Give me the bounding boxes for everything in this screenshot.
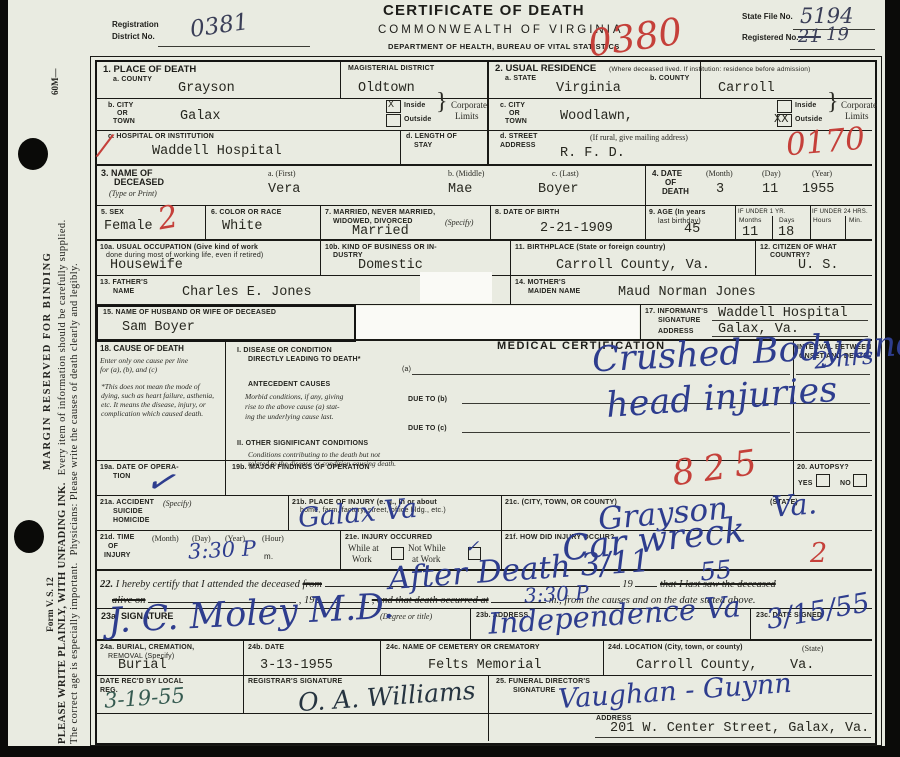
accident-label-3: HOMICIDE <box>113 517 150 525</box>
state-label: a. STATE <box>505 75 536 83</box>
autopsy-yes-checkbox <box>816 474 830 487</box>
state-file-label: State File No. <box>742 12 793 21</box>
while-at-work-checkbox <box>391 547 404 560</box>
burial-date-value: 3-13-1955 <box>260 658 333 673</box>
conditions-note-1: Conditions contributing to the death but… <box>248 450 380 459</box>
injury-month-label: (Month) <box>152 534 179 543</box>
how-injury-red-code: 2 <box>810 538 827 569</box>
date-of-operation-label-2: TION <box>113 473 131 481</box>
cause-note-1b: for (a), (b), and (c) <box>100 365 220 374</box>
brace-glyph: } <box>436 98 448 107</box>
red-code-0170: 0170 <box>785 121 867 164</box>
date-of-death-label-3: DEATH <box>662 187 689 196</box>
margin-print-code: 60M— <box>50 69 60 96</box>
margin-instruction-1b: Every item of information should be care… <box>57 219 68 475</box>
inside-checkbox-mark: X <box>388 100 394 111</box>
time-m-suffix: m. <box>264 553 273 561</box>
father-label-1: 13. FATHER'S <box>100 279 148 287</box>
residence-city-value: Woodlawn, <box>560 109 633 124</box>
other-conditions-label: II. OTHER SIGNIFICANT CONDITIONS <box>237 440 368 448</box>
certify-text-1: I hereby certify that I attended the dec… <box>116 579 300 590</box>
whiteout-patch-small <box>420 272 492 303</box>
registered-number-struck: 21 <box>798 26 821 47</box>
accident-label-1: 21a. ACCIDENT <box>100 499 154 507</box>
margin-instruction-2a: The correct age is especially important. <box>69 562 80 744</box>
death-month-label: (Month) <box>706 169 733 178</box>
street-address-label-2: ADDRESS <box>500 142 536 150</box>
hospital-label: c. HOSPITAL OR INSTITUTION <box>108 133 214 141</box>
place-of-death-title: 1. PLACE OF DEATH <box>103 65 196 74</box>
last-name-label: c. (Last) <box>552 169 579 178</box>
date-of-death-label-2: OF <box>665 178 676 187</box>
outside-checkbox <box>386 114 401 127</box>
residence-city-label-3: TOWN <box>505 118 527 126</box>
last-name-value: Boyer <box>538 182 579 197</box>
residence-inside-label: Inside <box>795 102 816 110</box>
city-label-2: OR <box>117 110 128 118</box>
certify-strike-from: from <box>303 579 322 590</box>
city-label-3: TOWN <box>113 118 135 126</box>
informant-label-1: 17. INFORMANT'S <box>645 308 708 316</box>
burial-value: Burial <box>118 658 167 673</box>
time-of-injury-label-2: OF <box>108 543 118 551</box>
autopsy-no-checkbox <box>853 474 867 487</box>
certificate-title: CERTIFICATE OF DEATH <box>383 6 585 15</box>
date-of-birth-label: 8. DATE OF BIRTH <box>495 209 560 217</box>
usual-residence-subtitle: (Where deceased lived. If institution: r… <box>609 66 810 74</box>
registration-label-1: Registration <box>112 20 159 29</box>
residence-city-label-2: OR <box>509 110 520 118</box>
days-value: 18 <box>778 225 794 240</box>
hours-label: Hours <box>813 217 831 225</box>
margin-form-number: Form V. S. 12 <box>46 577 56 632</box>
certify-handwriting-year: 55 <box>699 554 734 586</box>
if-under-24hrs-label: IF UNDER 24 HRS. <box>812 208 868 216</box>
length-of-stay-label-1: d. LENGTH OF <box>406 133 457 141</box>
location-state-value: Va. <box>790 658 814 673</box>
margin-instruction-2b: Physicians: Please write the causes of d… <box>69 263 80 555</box>
disease-label-2: DIRECTLY LEADING TO DEATH* <box>248 356 361 364</box>
residence-county-value: Carroll <box>718 81 775 96</box>
burial-date-label: 24b. DATE <box>248 644 284 652</box>
mother-label-2: MAIDEN NAME <box>528 288 580 296</box>
mother-label-1: 14. MOTHER'S <box>515 279 566 287</box>
punch-hole-top <box>18 138 48 170</box>
occupation-value: Housewife <box>110 258 183 273</box>
death-day-label: (Day) <box>762 169 781 178</box>
if-under-1yr-label: IF UNDER 1 YR. <box>738 208 786 216</box>
usual-residence-title: 2. USUAL RESIDENCE <box>495 64 596 73</box>
street-address-value: R. F. D. <box>560 146 625 161</box>
punch-hole-bottom <box>14 520 44 553</box>
inside-label: Inside <box>404 102 425 110</box>
cause-note-2: *This does not mean the mode of dying, s… <box>101 382 219 418</box>
residence-county-label: b. COUNTY <box>650 75 690 83</box>
husband-wife-label: 15. NAME OF HUSBAND OR WIFE OF DECEASED <box>103 309 276 317</box>
magisterial-district-label: MAGISTERIAL DISTRICT <box>348 65 434 73</box>
birthplace-value: Carroll County, Va. <box>556 258 710 273</box>
injury-state-value: Va. <box>771 486 819 524</box>
sex-label: 5. SEX <box>101 209 124 217</box>
margin-instruction-1: PLEASE WRITE PLAINLY, WITH UNFADING INK.… <box>57 219 68 744</box>
business-label-1: 10b. KIND OF BUSINESS OR IN- <box>325 244 437 252</box>
mother-value: Maud Norman Jones <box>618 285 756 300</box>
months-label: Months <box>739 217 762 225</box>
length-of-stay-label-2: STAY <box>414 142 432 150</box>
funeral-address-value: 201 W. Center Street, Galax, Va. <box>610 721 869 736</box>
location-state-label: (State) <box>802 644 823 653</box>
registered-number: 19 <box>826 24 849 45</box>
cemetery-label: 24c. NAME OF CEMETERY OR CREMATORY <box>386 644 540 652</box>
autopsy-no-label: NO <box>840 480 851 488</box>
time-of-injury-label-1: 21d. TIME <box>100 534 134 542</box>
disease-label-1: I. DISEASE OR CONDITION <box>237 347 332 355</box>
residence-outside-mark: XX <box>774 112 788 126</box>
residence-outside-label: Outside <box>795 116 822 124</box>
business-value: Domestic <box>358 258 423 273</box>
state-value: Virginia <box>556 81 621 96</box>
father-label-2: NAME <box>113 288 134 296</box>
outside-label: Outside <box>404 116 431 124</box>
while-at-work-label-1: While at <box>348 544 379 553</box>
county-value: Grayson <box>178 81 235 96</box>
days-label: Days <box>779 217 795 225</box>
rural-note: (If rural, give mailing address) <box>590 133 688 142</box>
occupation-label-1: 10a. USUAL OCCUPATION (Give kind of work <box>100 244 258 252</box>
registrar-signature-label: REGISTRAR'S SIGNATURE <box>248 678 342 686</box>
age-label-1: 9. AGE (In years <box>649 209 706 217</box>
marital-value: Married <box>352 224 409 239</box>
certify-number: 22. <box>100 579 113 590</box>
major-findings-label: 19b. MAJOR FINDINGS OF OPERATION <box>232 464 370 472</box>
morbid-note-2: rise to the above cause (a) stat- <box>245 402 340 411</box>
time-of-injury-label-3: INJURY <box>104 552 131 560</box>
residence-brace-glyph: } <box>827 98 839 107</box>
middle-name-label: b. (Middle) <box>448 169 484 178</box>
department-line: DEPARTMENT OF HEALTH, BUREAU OF VITAL ST… <box>388 42 620 51</box>
due-to-c-label: DUE TO (c) <box>408 425 447 433</box>
death-year-value: 1955 <box>802 182 834 197</box>
death-year-label: (Year) <box>812 169 832 178</box>
corporate-label: Corporate <box>451 101 487 110</box>
marital-label-1: 7. MARRIED, NEVER MARRIED, <box>325 209 435 217</box>
accident-label-2: SUICIDE <box>113 508 143 516</box>
death-month-value: 3 <box>716 182 724 197</box>
city-value: Galax <box>180 109 221 124</box>
husband-wife-value: Sam Boyer <box>122 320 195 335</box>
residence-city-label-1: c. CITY <box>500 102 525 110</box>
death-day-value: 11 <box>762 182 778 197</box>
limits-label: Limits <box>455 112 479 121</box>
date-of-death-label-1: 4. DATE <box>652 169 682 178</box>
injury-occurred-label: 21e. INJURY OCCURRED <box>345 534 432 542</box>
city-label-1: b. CITY <box>108 102 134 110</box>
father-value: Charles E. Jones <box>182 285 312 300</box>
first-name-label: a. (First) <box>268 169 296 178</box>
time-of-injury-value: 3:30 P <box>187 536 256 564</box>
street-address-label-1: d. STREET <box>500 133 538 141</box>
margin-instruction-2: The correct age is especially important.… <box>69 263 80 744</box>
margin-binding-note: MARGIN RESERVED FOR BINDING <box>42 252 53 470</box>
middle-name-value: Mae <box>448 182 472 197</box>
date-of-birth-value: 2-21-1909 <box>540 221 613 236</box>
morbid-note-1: Morbid conditions, if any, giving <box>245 392 343 401</box>
magisterial-district-value: Oldtown <box>358 81 415 96</box>
whiteout-patch-large <box>356 306 639 339</box>
interval-handwriting: 2 hrs <box>813 343 875 374</box>
first-name-value: Vera <box>268 182 300 197</box>
death-certificate-scan: 60M— MARGIN RESERVED FOR BINDING Form V.… <box>0 0 900 757</box>
antecedent-causes-label: ANTECEDENT CAUSES <box>248 381 330 389</box>
county-label: a. COUNTY <box>113 76 152 84</box>
citizen-value: U. S. <box>798 258 839 273</box>
citizen-label-1: 12. CITIZEN OF WHAT <box>760 244 837 252</box>
color-race-value: White <box>222 219 263 234</box>
birthplace-label: 11. BIRTHPLACE (State or foreign country… <box>515 244 666 252</box>
min-label: Min. <box>849 217 862 225</box>
residence-corporate-label: Corporate <box>841 101 877 110</box>
informant-signature-value: Waddell Hospital <box>718 306 848 321</box>
location-label: 24d. LOCATION (City, town, or county) <box>608 644 743 652</box>
informant-label-2: SIGNATURE <box>658 317 701 325</box>
age-value: 45 <box>684 222 700 237</box>
cause-of-death-title: 18. CAUSE OF DEATH <box>100 344 184 353</box>
funeral-director-label-2: SIGNATURE <box>513 687 556 695</box>
not-while-label-1: Not While <box>408 544 446 553</box>
burial-label-1: 24a. BURIAL, CREMATION, <box>100 644 194 652</box>
color-race-label: 6. COLOR OR RACE <box>211 209 281 217</box>
months-value: 11 <box>742 225 758 240</box>
registered-label: Registered No. <box>742 33 798 42</box>
registration-label-2: District No. <box>112 32 155 41</box>
line-a-label: (a) <box>402 366 411 374</box>
margin-instruction-1a: PLEASE WRITE PLAINLY, WITH UNFADING INK. <box>57 482 68 744</box>
marital-specify-note: (Specify) <box>445 218 473 227</box>
injury-hour-label: (Hour) <box>262 534 284 543</box>
name-of-deceased-title-2: DECEASED <box>114 178 164 187</box>
cemetery-value: Felts Memorial <box>428 658 541 673</box>
autopsy-label: 20. AUTOPSY? <box>797 464 849 472</box>
type-or-print-note: (Type or Print) <box>109 189 157 198</box>
cause-note-1a: Enter only one cause per line <box>100 356 220 365</box>
due-to-b-label: DUE TO (b) <box>408 396 447 404</box>
morbid-note-3: ing the underlying cause last. <box>245 412 334 421</box>
residence-limits-label: Limits <box>845 112 869 121</box>
while-at-work-label-2: Work <box>352 555 372 564</box>
sex-value: Female <box>104 219 153 234</box>
hospital-value: Waddell Hospital <box>152 144 282 159</box>
